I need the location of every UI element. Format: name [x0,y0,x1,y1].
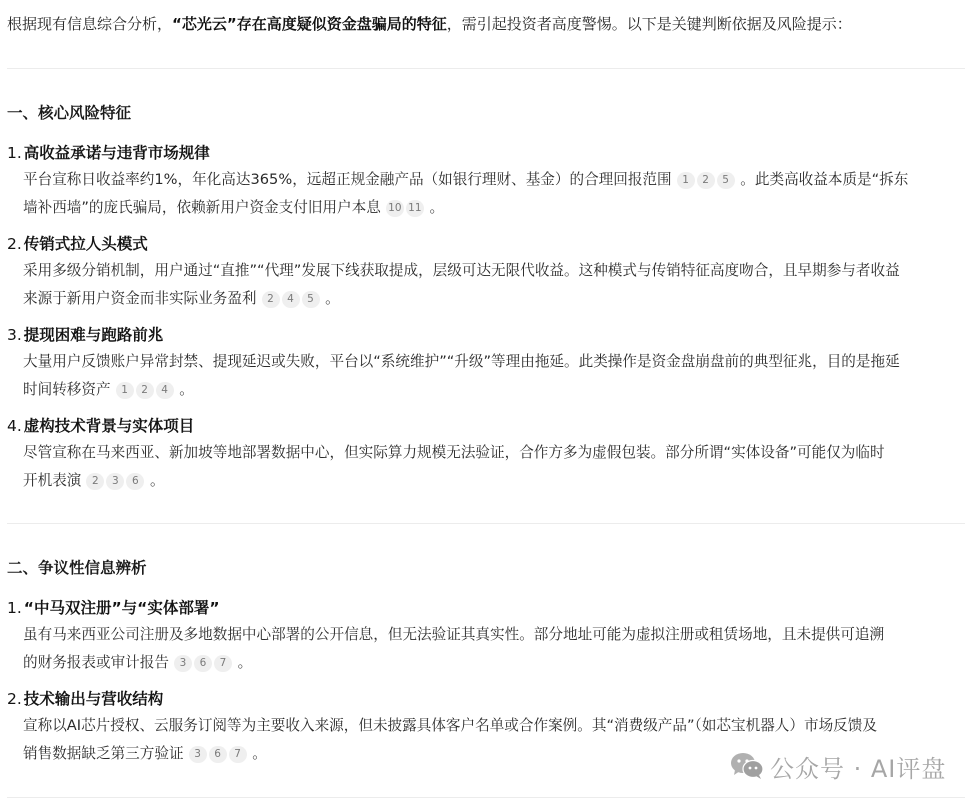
citation-badge[interactable]: 6 [194,655,212,672]
item-title: “中马双注册”与“实体部署” [24,599,220,617]
citation-badge[interactable]: 7 [214,655,232,672]
intro-paragraph: 根据现有信息综合分析，“芯光云”存在高度疑似资金盘骗局的特征，需引起投资者高度警… [7,12,972,36]
citation-badge[interactable]: 4 [282,291,300,308]
item-body: 尽管宣称在马来西亚、新加坡等地部署数据中心，但实际算力规模无法验证，合作方多为虚… [23,439,969,494]
watermark-text: 公众号 · AI评盘 [770,749,946,784]
citation-badge[interactable]: 3 [189,746,207,763]
list-item: 4.虚构技术背景与实体项目 尽管宣称在马来西亚、新加坡等地部署数据中心，但实际算… [7,414,969,494]
item-title: 提现困难与跑路前兆 [24,326,164,344]
citation-badge[interactable]: 3 [106,473,124,490]
citation-badge[interactable]: 7 [229,746,247,763]
list-item: 1.高收益承诺与违背市场规律 平台宣称日收益率约1%，年化高达365%，远超正规… [7,141,969,221]
item-body: 平台宣称日收益率约1%，年化高达365%，远超正规金融产品（如银行理财、基金）的… [23,166,969,221]
citation-badge[interactable]: 11 [406,200,424,217]
list-item: 2.传销式拉人头模式 采用多级分销机制，用户通过“直推”“代理”发展下线获取提成… [7,232,969,312]
citation-badge[interactable]: 1 [116,382,134,399]
citation-badge[interactable]: 6 [126,473,144,490]
watermark: 公众号 · AI评盘 [730,748,946,784]
divider [7,68,965,69]
divider [7,523,965,524]
citation-badge[interactable]: 2 [262,291,280,308]
item-title: 虚构技术背景与实体项目 [24,417,195,435]
section-title-controversy: 二、争议性信息辨析 [7,556,147,580]
citation-badge[interactable]: 3 [174,655,192,672]
citation-badge[interactable]: 5 [717,172,735,189]
citation-badge[interactable]: 2 [697,172,715,189]
citation-badge[interactable]: 4 [156,382,174,399]
item-body: 大量用户反馈账户异常封禁、提现延迟或失败，平台以“系统维护”“升级”等理由拖延。… [23,348,969,403]
list-item: 3.提现困难与跑路前兆 大量用户反馈账户异常封禁、提现延迟或失败，平台以“系统维… [7,323,969,403]
divider [7,797,965,798]
wechat-icon [730,752,764,780]
item-body: 采用多级分销机制，用户通过“直推”“代理”发展下线获取提成，层级可达无限代收益。… [23,257,969,312]
item-title: 传销式拉人头模式 [24,235,148,253]
citation-badge[interactable]: 2 [136,382,154,399]
citation-badge[interactable]: 5 [302,291,320,308]
citation-badge[interactable]: 6 [209,746,227,763]
citation-badge[interactable]: 1 [677,172,695,189]
citation-badge[interactable]: 10 [386,200,404,217]
intro-highlight: “芯光云”存在高度疑似资金盘骗局的特征 [172,15,447,33]
list-item: 1.“中马双注册”与“实体部署” 虽有马来西亚公司注册及多地数据中心部署的公开信… [7,596,969,676]
item-title: 技术输出与营收结构 [24,690,164,708]
item-body: 虽有马来西亚公司注册及多地数据中心部署的公开信息，但无法验证其真实性。部分地址可… [23,621,969,676]
citation-badge[interactable]: 2 [86,473,104,490]
section-title-core-risks: 一、核心风险特征 [7,101,131,125]
item-title: 高收益承诺与违背市场规律 [24,144,210,162]
